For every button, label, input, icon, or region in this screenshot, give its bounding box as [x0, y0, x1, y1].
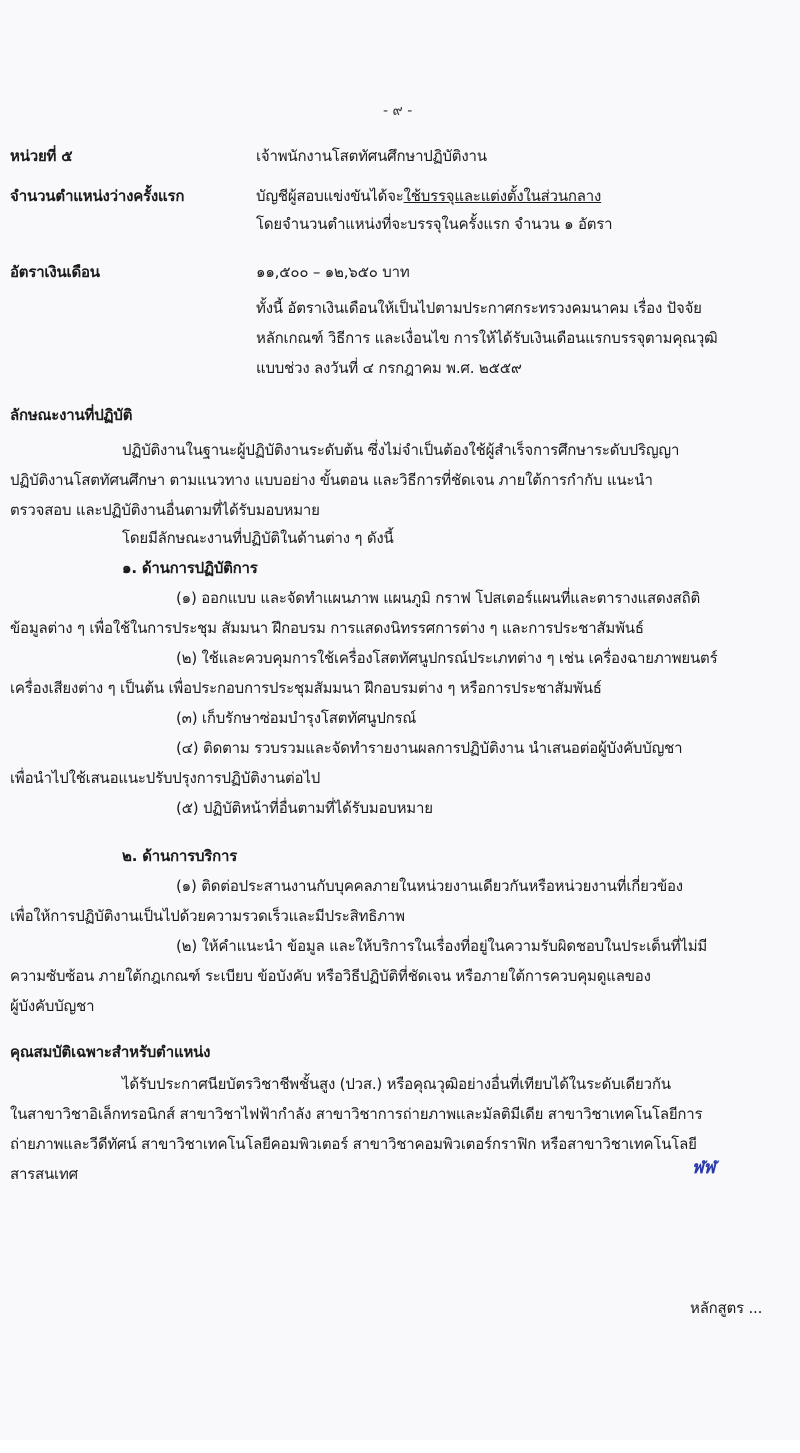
vacancy-text-plain: บัญชีผู้สอบแข่งขันได้จะ	[256, 187, 404, 205]
unit-value: เจ้าพนักงานโสตทัศนศึกษาปฏิบัติงาน	[256, 146, 487, 166]
section-item-cont: ข้อมูลต่าง ๆ เพื่อใช้ในการประชุม สัมมนา …	[10, 618, 644, 638]
page-bottom-edge	[0, 1440, 800, 1453]
section-item-cont: ผู้บังคับบัญชา	[10, 996, 94, 1016]
job-nature-lead: โดยมีลักษณะงานที่ปฏิบัติในด้านต่าง ๆ ดัง…	[122, 528, 394, 548]
job-nature-intro-line: ปฏิบัติงานโสตทัศนศึกษา ตามแนวทาง แบบอย่า…	[10, 470, 653, 490]
section-item: (๓) เก็บรักษาซ่อมบำรุงโสตทัศนูปกรณ์	[176, 708, 416, 728]
section-item-cont: เครื่องเสียงต่าง ๆ เป็นต้น เพื่อประกอบกา…	[10, 678, 602, 698]
section-item: (๒) ให้คำแนะนำ ข้อมูล และให้บริการในเรื่…	[176, 936, 707, 956]
vacancy-text-line2: โดยจำนวนตำแหน่งที่จะบรรจุในครั้งแรก จำนว…	[256, 214, 612, 234]
vacancy-label: จำนวนตำแหน่งว่างครั้งแรก	[10, 186, 184, 206]
job-nature-heading: ลักษณะงานที่ปฏิบัติ	[10, 405, 132, 425]
vacancy-text-line1: บัญชีผู้สอบแข่งขันได้จะใช้บรรจุและแต่งตั…	[256, 186, 601, 206]
salary-value: ๑๑,๕๐๐ – ๑๒,๖๕๐ บาท	[256, 262, 410, 282]
salary-note-line: ทั้งนี้ อัตราเงินเดือนให้เป็นไปตามประกาศ…	[256, 298, 702, 318]
handwritten-initials: ฬฬ	[692, 1154, 715, 1181]
section-item: (๑) ออกแบบ และจัดทำแผนภาพ แผนภูมิ กราฟ โ…	[176, 588, 700, 608]
section-item: (๒) ใช้และควบคุมการใช้เครื่องโสตทัศนูปกร…	[176, 648, 717, 668]
section-item-cont: ความซับซ้อน ภายใต้กฎเกณฑ์ ระเบียบ ข้อบัง…	[10, 966, 651, 986]
qualifications-line: ถ่ายภาพและวีดีทัศน์ สาขาวิชาเทคโนโลยีคอม…	[10, 1134, 697, 1154]
qualifications-heading: คุณสมบัติเฉพาะสำหรับตำแหน่ง	[10, 1042, 210, 1062]
page-number: - ๙ -	[383, 100, 412, 122]
continuation-footer: หลักสูตร ...	[690, 1298, 762, 1318]
salary-note-line: หลักเกณฑ์ วิธีการ และเงื่อนไข การให้ได้ร…	[256, 328, 718, 348]
section-item: (๑) ติดต่อประสานงานกับบุคคลภายในหน่วยงาน…	[176, 876, 683, 896]
vacancy-text-underlined: ใช้บรรจุและแต่งตั้งในส่วนกลาง	[404, 187, 601, 205]
qualifications-line: สารสนเทศ	[10, 1164, 78, 1184]
section-item-cont: เพื่อนำไปใช้เสนอแนะปรับปรุงการปฏิบัติงาน…	[10, 768, 320, 788]
job-nature-intro-line: ตรวจสอบ และปฏิบัติงานอื่นตามที่ได้รับมอบ…	[10, 500, 320, 520]
section-operations-title: ๑. ด้านการปฏิบัติการ	[122, 558, 258, 578]
section-item: (๕) ปฏิบัติหน้าที่อื่นตามที่ได้รับมอบหมา…	[176, 798, 433, 818]
job-nature-intro-line: ปฏิบัติงานในฐานะผู้ปฏิบัติงานระดับต้น ซึ…	[122, 440, 679, 460]
qualifications-line: ในสาขาวิชาอิเล็กทรอนิกส์ สาขาวิชาไฟฟ้ากำ…	[10, 1104, 702, 1124]
section-item-cont: เพื่อให้การปฏิบัติงานเป็นไปด้วยความรวดเร…	[10, 906, 405, 926]
unit-label: หน่วยที่ ๕	[10, 146, 72, 166]
section-item: (๔) ติดตาม รวบรวมและจัดทำรายงานผลการปฏิบ…	[176, 738, 682, 758]
section-service-title: ๒. ด้านการบริการ	[122, 846, 237, 866]
salary-note-line: แบบช่วง ลงวันที่ ๔ กรกฎาคม พ.ศ. ๒๕๕๙	[256, 358, 522, 378]
document-page: - ๙ - หน่วยที่ ๕ เจ้าพนักงานโสตทัศนศึกษา…	[0, 0, 800, 1440]
salary-label: อัตราเงินเดือน	[10, 262, 100, 282]
qualifications-line: ได้รับประกาศนียบัตรวิชาชีพชั้นสูง (ปวส.)…	[122, 1074, 671, 1094]
